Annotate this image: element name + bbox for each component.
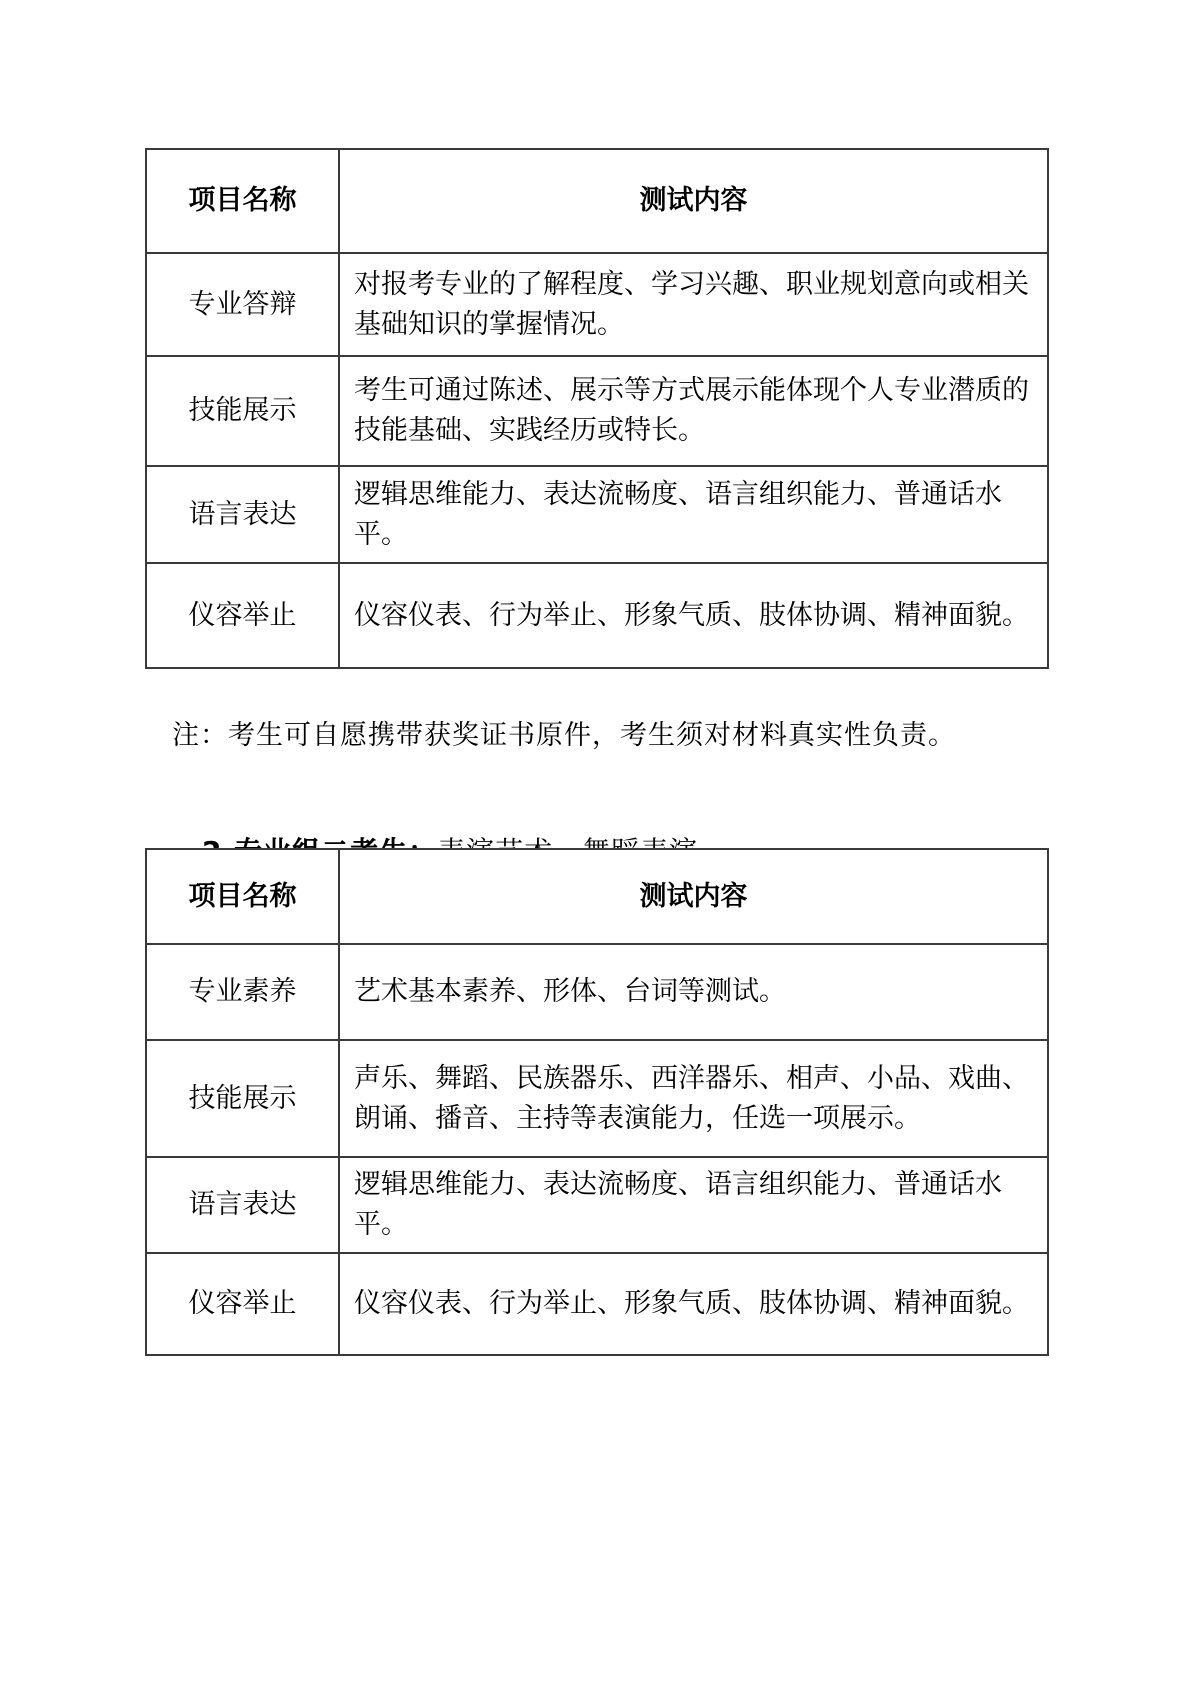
header-cell-test-content: 测试内容 [339, 149, 1048, 253]
table-header-row: 项目名称 测试内容 [146, 149, 1048, 253]
row-label: 语言表达 [146, 1157, 339, 1253]
row-content: 对报考专业的了解程度、学习兴趣、职业规划意向或相关基础知识的掌握情况。 [339, 253, 1048, 356]
row-label: 技能展示 [146, 356, 339, 466]
row-label: 语言表达 [146, 466, 339, 563]
table-header-row: 项目名称 测试内容 [146, 849, 1048, 944]
row-content: 考生可通过陈述、展示等方式展示能体现个人专业潜质的技能基础、实践经历或特长。 [339, 356, 1048, 466]
test-table-group2: 项目名称 测试内容 专业素养 艺术基本素养、形体、台词等测试。 技能展示 声乐、… [145, 848, 1049, 1356]
row-label: 专业素养 [146, 944, 339, 1040]
document-page: 项目名称 测试内容 专业答辩 对报考专业的了解程度、学习兴趣、职业规划意向或相关… [0, 0, 1191, 1684]
table-row: 语言表达 逻辑思维能力、表达流畅度、语言组织能力、普通话水平。 [146, 466, 1048, 563]
header-cell-item-name: 项目名称 [146, 149, 339, 253]
table-row: 技能展示 声乐、舞蹈、民族器乐、西洋器乐、相声、小品、戏曲、朗诵、播音、主持等表… [146, 1040, 1048, 1157]
row-label: 专业答辩 [146, 253, 339, 356]
table-row: 语言表达 逻辑思维能力、表达流畅度、语言组织能力、普通话水平。 [146, 1157, 1048, 1253]
table-row: 专业素养 艺术基本素养、形体、台词等测试。 [146, 944, 1048, 1040]
table-row: 技能展示 考生可通过陈述、展示等方式展示能体现个人专业潜质的技能基础、实践经历或… [146, 356, 1048, 466]
note-text: 注：考生可自愿携带获奖证书原件，考生须对材料真实性负责。 [172, 717, 1052, 755]
test-table-group1: 项目名称 测试内容 专业答辩 对报考专业的了解程度、学习兴趣、职业规划意向或相关… [145, 148, 1049, 669]
row-content: 逻辑思维能力、表达流畅度、语言组织能力、普通话水平。 [339, 466, 1048, 563]
header-cell-item-name: 项目名称 [146, 849, 339, 944]
row-content: 声乐、舞蹈、民族器乐、西洋器乐、相声、小品、戏曲、朗诵、播音、主持等表演能力，任… [339, 1040, 1048, 1157]
row-content: 艺术基本素养、形体、台词等测试。 [339, 944, 1048, 1040]
table-row: 仪容举止 仪容仪表、行为举止、形象气质、肢体协调、精神面貌。 [146, 563, 1048, 668]
header-cell-test-content: 测试内容 [339, 849, 1048, 944]
table-row: 专业答辩 对报考专业的了解程度、学习兴趣、职业规划意向或相关基础知识的掌握情况。 [146, 253, 1048, 356]
row-label: 仪容举止 [146, 1253, 339, 1355]
row-content: 逻辑思维能力、表达流畅度、语言组织能力、普通话水平。 [339, 1157, 1048, 1253]
row-label: 技能展示 [146, 1040, 339, 1157]
row-content: 仪容仪表、行为举止、形象气质、肢体协调、精神面貌。 [339, 563, 1048, 668]
row-content: 仪容仪表、行为举止、形象气质、肢体协调、精神面貌。 [339, 1253, 1048, 1355]
row-label: 仪容举止 [146, 563, 339, 668]
table-row: 仪容举止 仪容仪表、行为举止、形象气质、肢体协调、精神面貌。 [146, 1253, 1048, 1355]
